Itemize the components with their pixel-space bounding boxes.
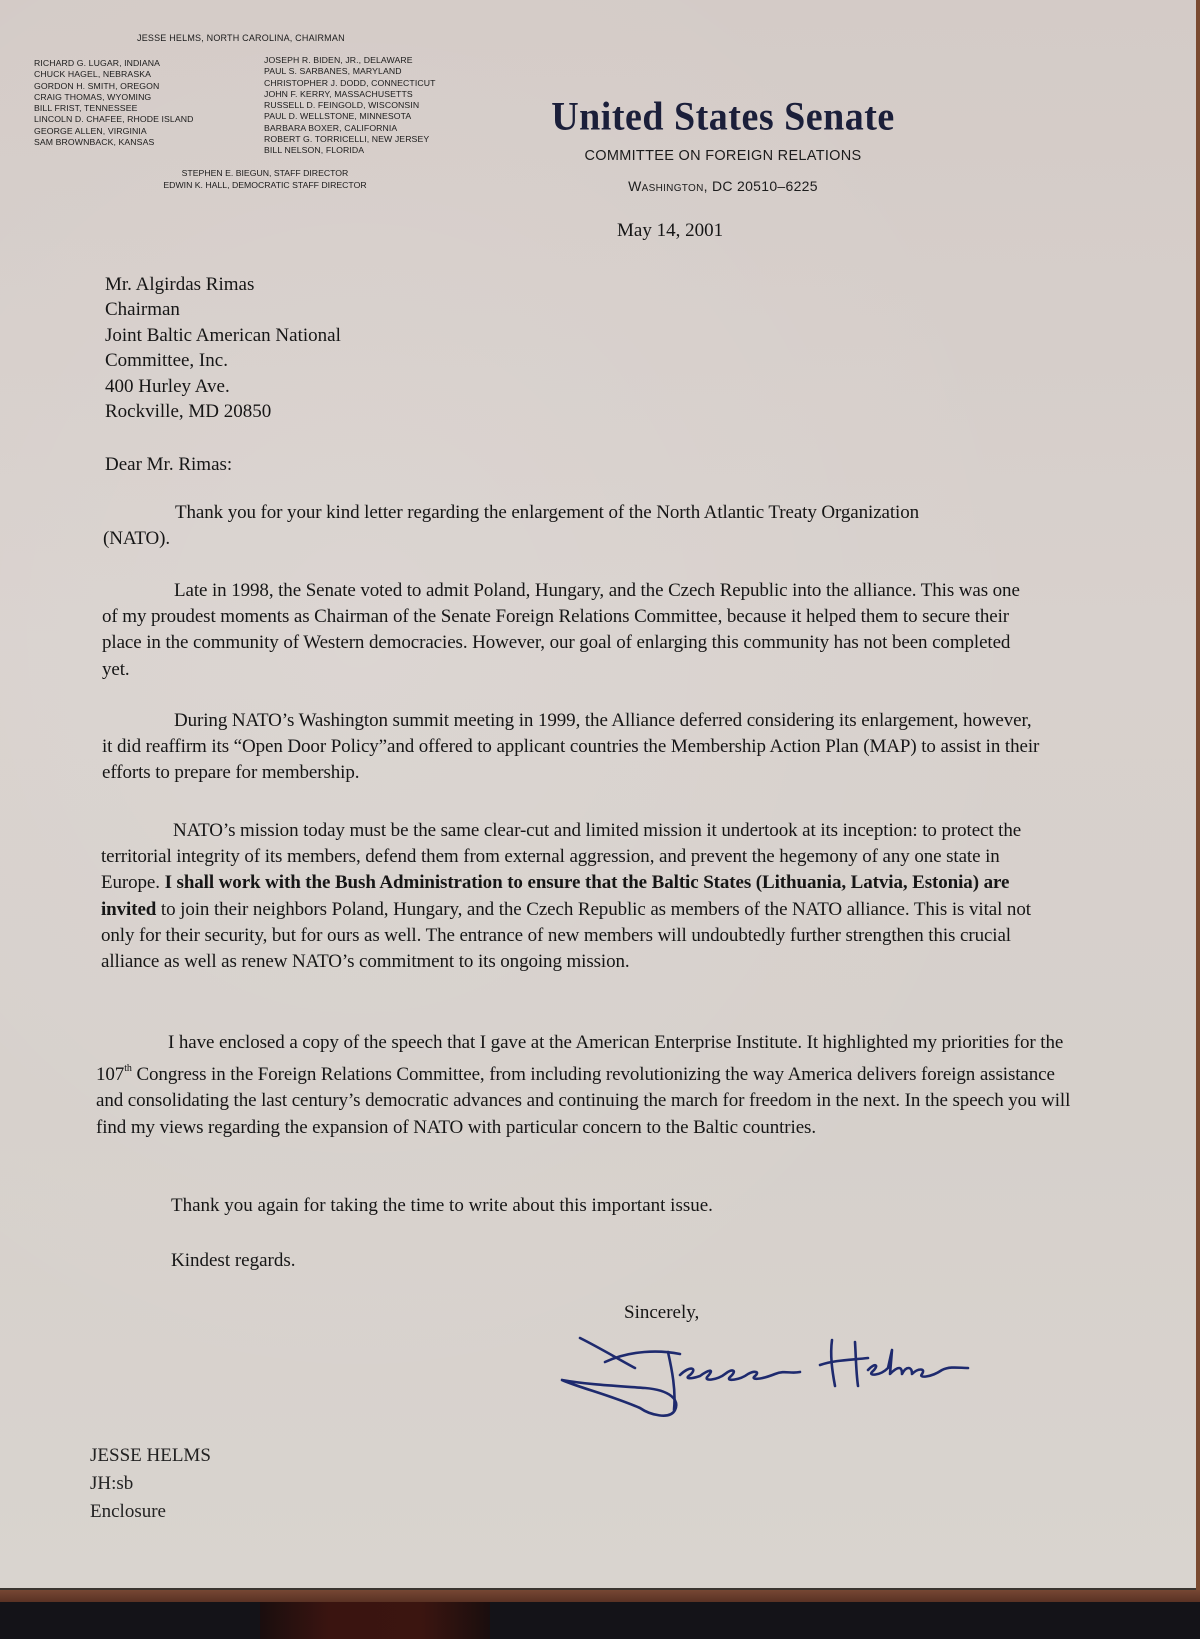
recipient-line: 400 Hurley Ave. <box>105 374 341 399</box>
paragraph-2: Late in 1998, the Senate voted to admit … <box>102 578 1022 683</box>
recipient-line: Chairman <box>105 297 341 322</box>
letterhead-title: United States Senate <box>548 94 898 140</box>
member-name: PAUL D. WELLSTONE, MINNESOTA <box>264 111 436 122</box>
staff-director: STEPHEN E. BIEGUN, STAFF DIRECTOR <box>120 168 410 180</box>
signer-name: JESSE HELMS <box>90 1442 211 1470</box>
paragraph-4: NATO’s mission today must be the same cl… <box>101 818 1051 975</box>
paragraph-5-text-end: Congress in the Foreign Relations Commit… <box>96 1064 1070 1137</box>
member-name: RUSSELL D. FEINGOLD, WISCONSIN <box>264 100 436 111</box>
paragraph-1: Thank you for your kind letter regarding… <box>103 500 983 552</box>
member-name: BILL FRIST, TENNESSEE <box>34 103 194 114</box>
member-name: CHRISTOPHER J. DODD, CONNECTICUT <box>264 78 436 89</box>
signature-icon <box>550 1330 970 1420</box>
member-name: SAM BROWNBACK, KANSAS <box>34 137 194 148</box>
paragraph-3: During NATO’s Washington summit meeting … <box>102 708 1042 787</box>
page-right-edge <box>1196 0 1200 1590</box>
recipient-address: Mr. Algirdas Rimas Chairman Joint Baltic… <box>105 272 341 424</box>
letterhead-address: Washington, DC 20510–6225 <box>548 178 898 194</box>
closing-regards: Kindest regards. <box>171 1250 296 1272</box>
member-name: BARBARA BOXER, CALIFORNIA <box>264 123 436 134</box>
letter-date: May 14, 2001 <box>617 220 723 242</box>
enclosure-note: Enclosure <box>90 1498 211 1526</box>
member-name: PAUL S. SARBANES, MARYLAND <box>264 66 436 77</box>
member-name: LINCOLN D. CHAFEE, RHODE ISLAND <box>34 114 194 125</box>
recipient-line: Joint Baltic American National <box>105 323 341 348</box>
member-name: JOHN F. KERRY, MASSACHUSETTS <box>264 89 436 100</box>
table-edge <box>0 1588 1200 1602</box>
democratic-staff-director: EDWIN K. HALL, DEMOCRATIC STAFF DIRECTOR <box>120 180 410 192</box>
recipient-line: Rockville, MD 20850 <box>105 399 341 424</box>
signer-block: JESSE HELMS JH:sb Enclosure <box>90 1442 211 1526</box>
member-name: RICHARD G. LUGAR, INDIANA <box>34 58 194 69</box>
letterhead-staff: STEPHEN E. BIEGUN, STAFF DIRECTOR EDWIN … <box>120 168 410 191</box>
member-name: ROBERT G. TORRICELLI, NEW JERSEY <box>264 134 436 145</box>
letterhead-committee: COMMITTEE ON FOREIGN RELATIONS <box>548 148 898 164</box>
member-name: GORDON H. SMITH, OREGON <box>34 81 194 92</box>
ordinal-suffix: th <box>124 1063 132 1074</box>
salutation: Dear Mr. Rimas: <box>105 454 232 476</box>
recipient-line: Committee, Inc. <box>105 348 341 373</box>
member-name: GEORGE ALLEN, VIRGINIA <box>34 126 194 137</box>
reference-initials: JH:sb <box>90 1470 211 1498</box>
paragraph-4-text-end: to join their neighbors Poland, Hungary,… <box>101 899 1031 972</box>
member-name: CHUCK HAGEL, NEBRASKA <box>34 69 194 80</box>
closing-thanks: Thank you again for taking the time to w… <box>171 1195 713 1217</box>
member-name: CRAIG THOMAS, WYOMING <box>34 92 194 103</box>
letter-page: JESSE HELMS, NORTH CAROLINA, CHAIRMAN RI… <box>0 0 1196 1590</box>
letterhead-members-minority: JOSEPH R. BIDEN, JR., DELAWARE PAUL S. S… <box>264 55 436 157</box>
letterhead-members-majority: RICHARD G. LUGAR, INDIANA CHUCK HAGEL, N… <box>34 58 194 148</box>
paragraph-5: I have enclosed a copy of the speech tha… <box>96 1030 1076 1141</box>
member-name: JOSEPH R. BIDEN, JR., DELAWARE <box>264 55 436 66</box>
complimentary-close: Sincerely, <box>624 1302 699 1324</box>
letterhead-chairman: JESSE HELMS, NORTH CAROLINA, CHAIRMAN <box>137 33 345 43</box>
member-name: BILL NELSON, FLORIDA <box>264 145 436 156</box>
recipient-line: Mr. Algirdas Rimas <box>105 272 341 297</box>
